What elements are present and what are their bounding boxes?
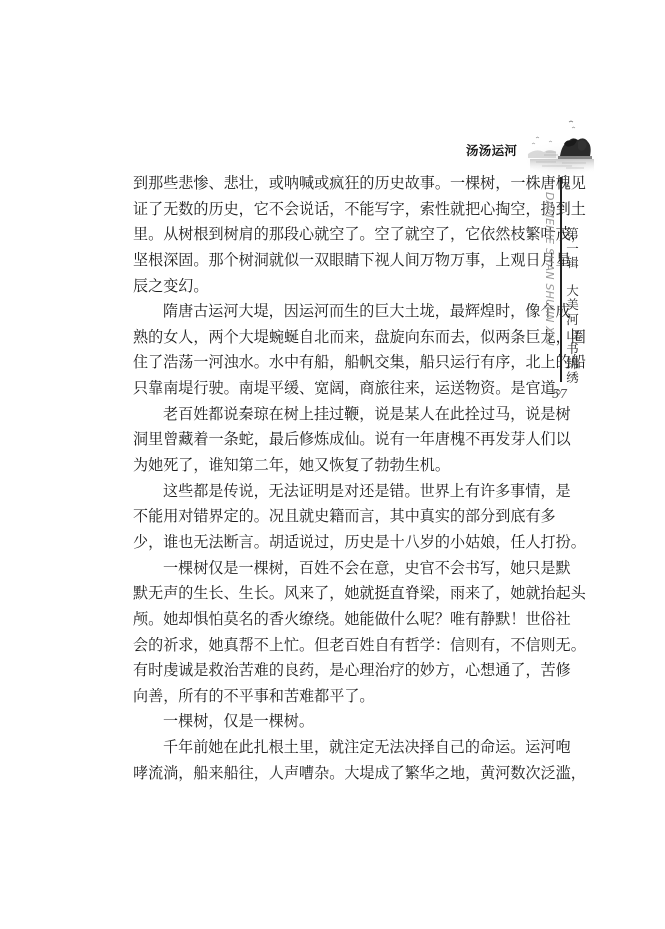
vertical-char: 一 xyxy=(565,242,580,257)
text-line: 少，谁也无法断言。胡适说过，历史是十八岁的小姑娘，任人打扮。 xyxy=(133,530,533,556)
vertical-char: 美 xyxy=(565,298,580,313)
ink-landscape-icon xyxy=(522,108,598,178)
book-page: 汤汤运河 到那些悲惨、悲壮，或呐喊或 xyxy=(0,0,665,929)
text-line: 颅。她却惧怕莫名的香火缭绕。她能做什么呢？唯有静默！世俗社 xyxy=(133,607,533,633)
text-line: 洞里曾藏着一条蛇，最后修炼成仙。说有一年唐槐不再发芽人们以 xyxy=(133,427,533,453)
vertical-char: 大 xyxy=(565,284,580,299)
text-line: 隋唐古运河大堤，因运河而生的巨大土垅，最辉煌时，像个成 xyxy=(133,299,533,325)
text-line: 证了无数的历史，它不会说话，不能写字，索性就把心掏空，扔到土 xyxy=(133,197,533,223)
text-line: 坚根深固。那个树洞就似一双眼睛下视人间万物万事，上观日月星 xyxy=(133,248,533,274)
text-line: 辰之变幻。 xyxy=(133,274,533,300)
side-divider-rule xyxy=(560,177,562,382)
vertical-char: 山 xyxy=(565,328,580,343)
text-line: 不能用对错界定的。况且就史籍而言，其中真实的部分到底有多 xyxy=(133,504,533,530)
side-english-title: DAMEIHE SHAN SHUJIN XIU xyxy=(543,192,556,346)
vertical-char: 第 xyxy=(565,227,580,242)
text-line: 有时虔诚是救治苦难的良药，是心理治疗的妙方，心想通了，苦修 xyxy=(133,658,533,684)
text-line: 住了浩荡一河浊水。水中有船，船帆交集，船只运行有序，北上的船 xyxy=(133,350,533,376)
section-title: 大美河山书锦绣 xyxy=(565,284,580,386)
text-line: 到那些悲惨、悲壮，或呐喊或疯狂的历史故事。一棵树，一株唐槐见 xyxy=(133,171,533,197)
vertical-char: 河 xyxy=(565,313,580,328)
side-section-title: 第一辑 大美河山书锦绣 xyxy=(565,227,580,386)
text-line: 千年前她在此扎根土里，就注定无法决择自己的命运。运河咆 xyxy=(133,735,533,761)
section-gap xyxy=(565,271,580,284)
text-line: 里。从树根到树肩的那段心就空了。空了就空了，它依然枝繁叶茂， xyxy=(133,222,533,248)
vertical-char: 锦 xyxy=(565,357,580,372)
text-line: 为她死了，谁知第二年，她又恢复了勃勃生机。 xyxy=(133,453,533,479)
vertical-char: 绣 xyxy=(565,371,580,386)
text-line: 会的祈求，她真帮不上忙。但老百姓自有哲学：信则有，不信则无。 xyxy=(133,633,533,659)
text-line: 一棵树，仅是一棵树。 xyxy=(133,709,533,735)
vertical-char: 辑 xyxy=(565,256,580,271)
text-line: 熟的女人，两个大堤蜿蜒自北而来，盘旋向东而去，似两条巨龙，圈 xyxy=(133,325,533,351)
text-line: 默无声的生长、生长。风来了，她就挺直脊梁，雨来了，她就抬起头 xyxy=(133,581,533,607)
running-title: 汤汤运河 xyxy=(466,141,517,159)
page-number: 57 xyxy=(552,387,567,401)
section-label: 第一辑 xyxy=(565,227,580,271)
text-line: 这些都是传说，无法证明是对还是错。世界上有许多事情，是 xyxy=(133,479,533,505)
text-line: 只靠南堤行驶。南堤平缓、宽阔，商旅往来，运送物资。是官道。 xyxy=(133,376,533,402)
text-line: 一棵树仅是一棵树，百姓不会在意，史官不会书写，她只是默 xyxy=(133,556,533,582)
text-line: 哮流淌，船来船往，人声嘈杂。大堤成了繁华之地，黄河数次泛滥， xyxy=(133,761,533,787)
body-text: 到那些悲惨、悲壮，或呐喊或疯狂的历史故事。一棵树，一株唐槐见 证了无数的历史，它… xyxy=(133,171,533,786)
vertical-char: 书 xyxy=(565,342,580,357)
text-line: 向善，所有的不平事和苦难都平了。 xyxy=(133,684,533,710)
text-line: 老百姓都说秦琼在树上挂过鞭，说是某人在此拴过马，说是树 xyxy=(133,402,533,428)
